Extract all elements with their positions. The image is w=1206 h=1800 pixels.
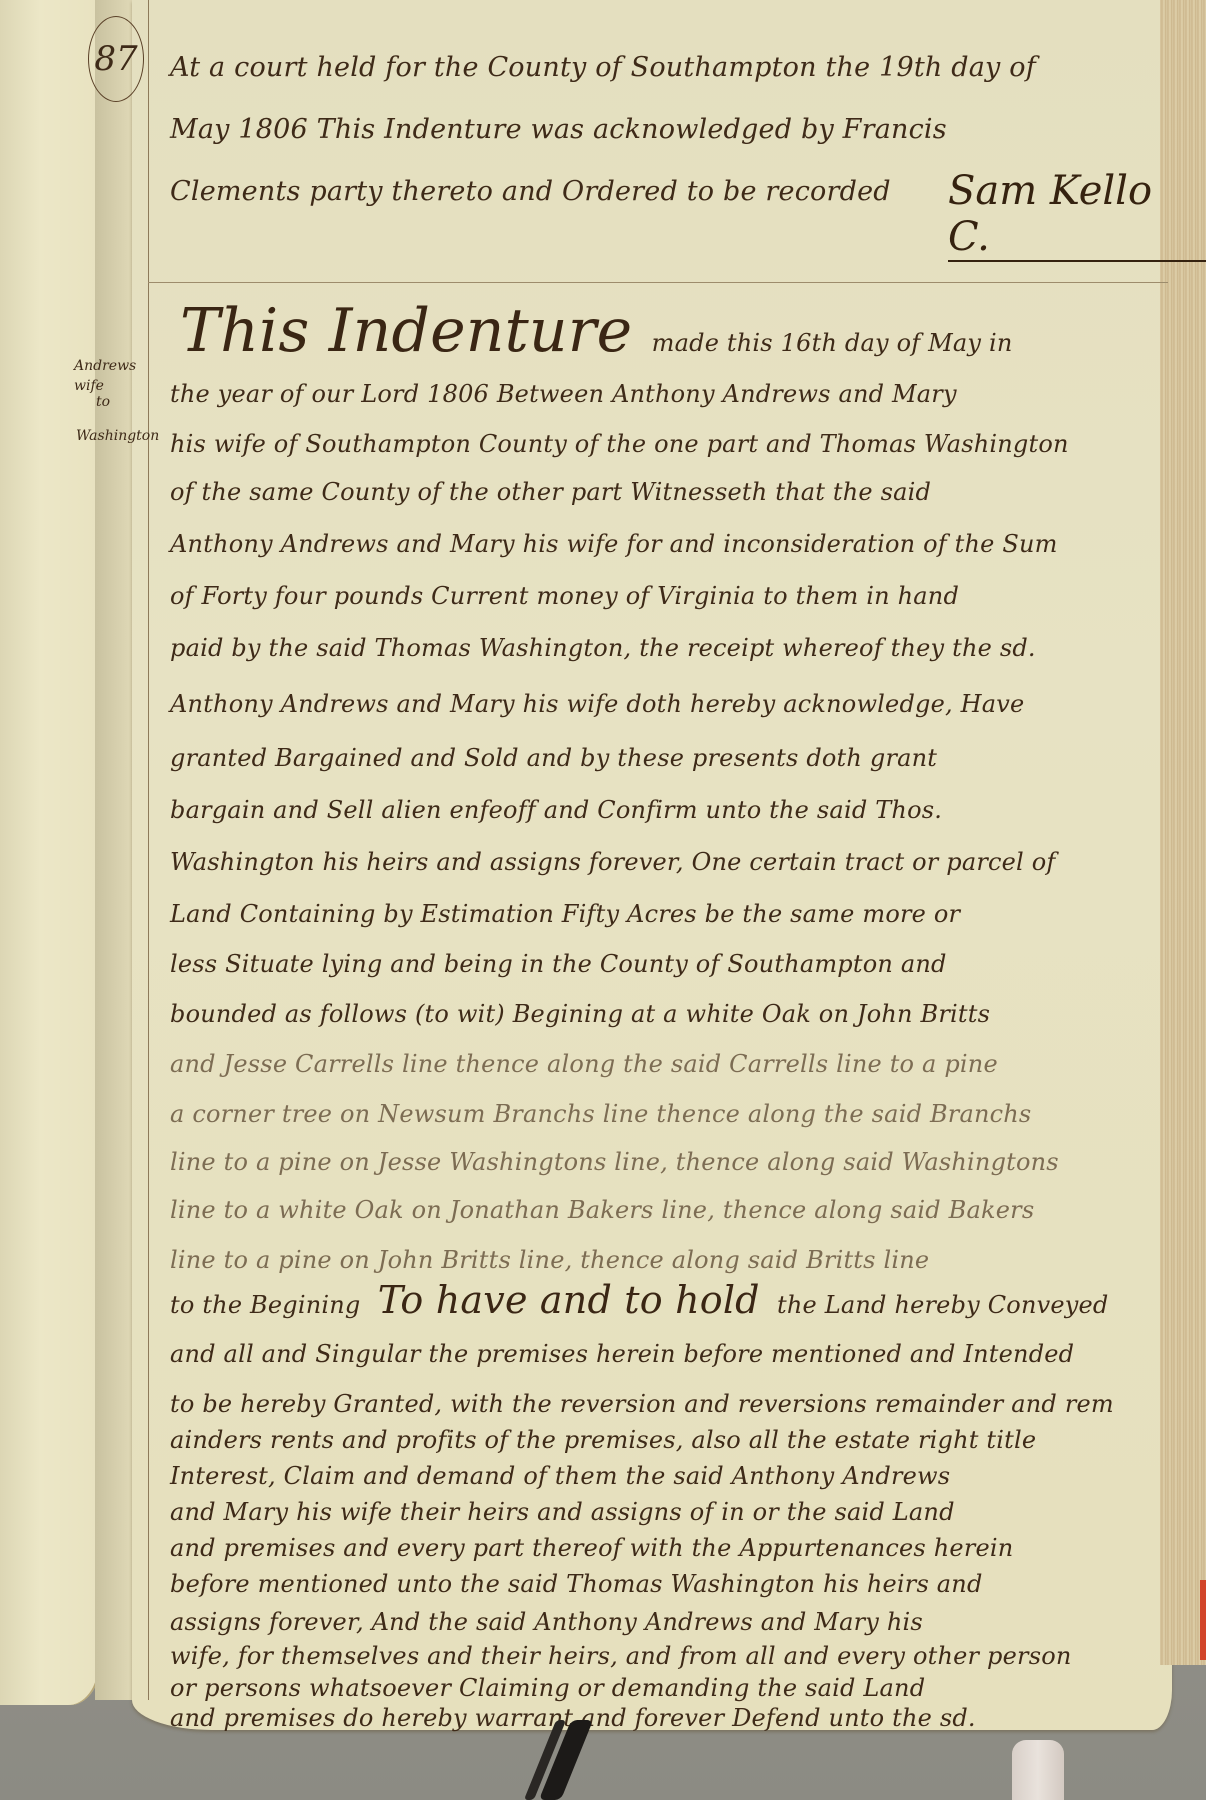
header-divider-rule — [148, 282, 1168, 283]
margin-note: to — [96, 394, 110, 410]
habendum-phrase: To have and to hold — [378, 1278, 760, 1322]
body-line: and Mary his wife their heirs and assign… — [170, 1498, 955, 1526]
body-line: a corner tree on Newsum Branchs line the… — [170, 1100, 1031, 1128]
body-line: Anthony Andrews and Mary his wife for an… — [170, 530, 1058, 558]
habendum-line: to the Begining To have and to hold the … — [170, 1278, 1109, 1322]
body-line: and all and Singular the premises herein… — [170, 1340, 1074, 1368]
body-line: line to a white Oak on Jonathan Bakers l… — [170, 1196, 1034, 1224]
body-line: Interest, Claim and demand of them the s… — [170, 1462, 950, 1490]
body-line: to the Begining — [170, 1291, 361, 1319]
body-line: less Situate lying and being in the Coun… — [170, 950, 947, 978]
folio-number: 87 — [88, 16, 144, 102]
body-line: paid by the said Thomas Washington, the … — [170, 634, 1036, 662]
margin-note: Washington — [76, 428, 159, 444]
body-line: bounded as follows (to wit) Begining at … — [170, 1000, 990, 1028]
body-line: to be hereby Granted, with the reversion… — [170, 1390, 1114, 1418]
body-line: made this 16th day of May in — [652, 329, 1013, 357]
body-line: Land Containing by Estimation Fifty Acre… — [170, 900, 960, 928]
body-line: his wife of Southampton County of the on… — [170, 430, 1069, 458]
header-entry-line: May 1806 This Indenture was acknowledged… — [170, 114, 947, 145]
facing-page-left — [0, 0, 100, 1705]
margin-note: wife — [74, 378, 104, 394]
body-line: or persons whatsoever Claiming or demand… — [170, 1674, 925, 1702]
body-line: granted Bargained and Sold and by these … — [170, 744, 937, 772]
clerk-signature: Sam Kello C. — [948, 168, 1206, 262]
indenture-title: This Indenture — [180, 296, 632, 366]
margin-rule — [148, 0, 149, 1700]
body-line: of Forty four pounds Current money of Vi… — [170, 582, 959, 610]
holder-glove — [1012, 1740, 1064, 1800]
body-line: and premises and every part thereof with… — [170, 1534, 1013, 1562]
body-line: line to a pine on John Britts line, then… — [170, 1246, 929, 1274]
body-line: Anthony Andrews and Mary his wife doth h… — [170, 690, 1024, 718]
header-entry-line: At a court held for the County of Southa… — [170, 52, 1036, 83]
indenture-title-line: This Indenture made this 16th day of May… — [180, 296, 1013, 366]
body-line: assigns forever, And the said Anthony An… — [170, 1608, 923, 1636]
body-line: and Jesse Carrells line thence along the… — [170, 1050, 998, 1078]
red-page-edge — [1200, 1580, 1206, 1660]
body-line: of the same County of the other part Wit… — [170, 478, 931, 506]
margin-note: Andrews — [74, 358, 136, 374]
body-line: line to a pine on Jesse Washingtons line… — [170, 1148, 1059, 1176]
body-line: the Land hereby Conveyed — [777, 1291, 1108, 1319]
body-line: before mentioned unto the said Thomas Wa… — [170, 1570, 983, 1598]
body-line: bargain and Sell alien enfeoff and Confi… — [170, 796, 942, 824]
body-line: Washington his heirs and assigns forever… — [170, 848, 1056, 876]
header-entry-line: Clements party thereto and Ordered to be… — [170, 176, 891, 207]
body-line: the year of our Lord 1806 Between Anthon… — [170, 380, 957, 408]
body-line: wife, for themselves and their heirs, an… — [170, 1642, 1072, 1670]
body-line: ainders rents and profits of the premise… — [170, 1426, 1036, 1454]
